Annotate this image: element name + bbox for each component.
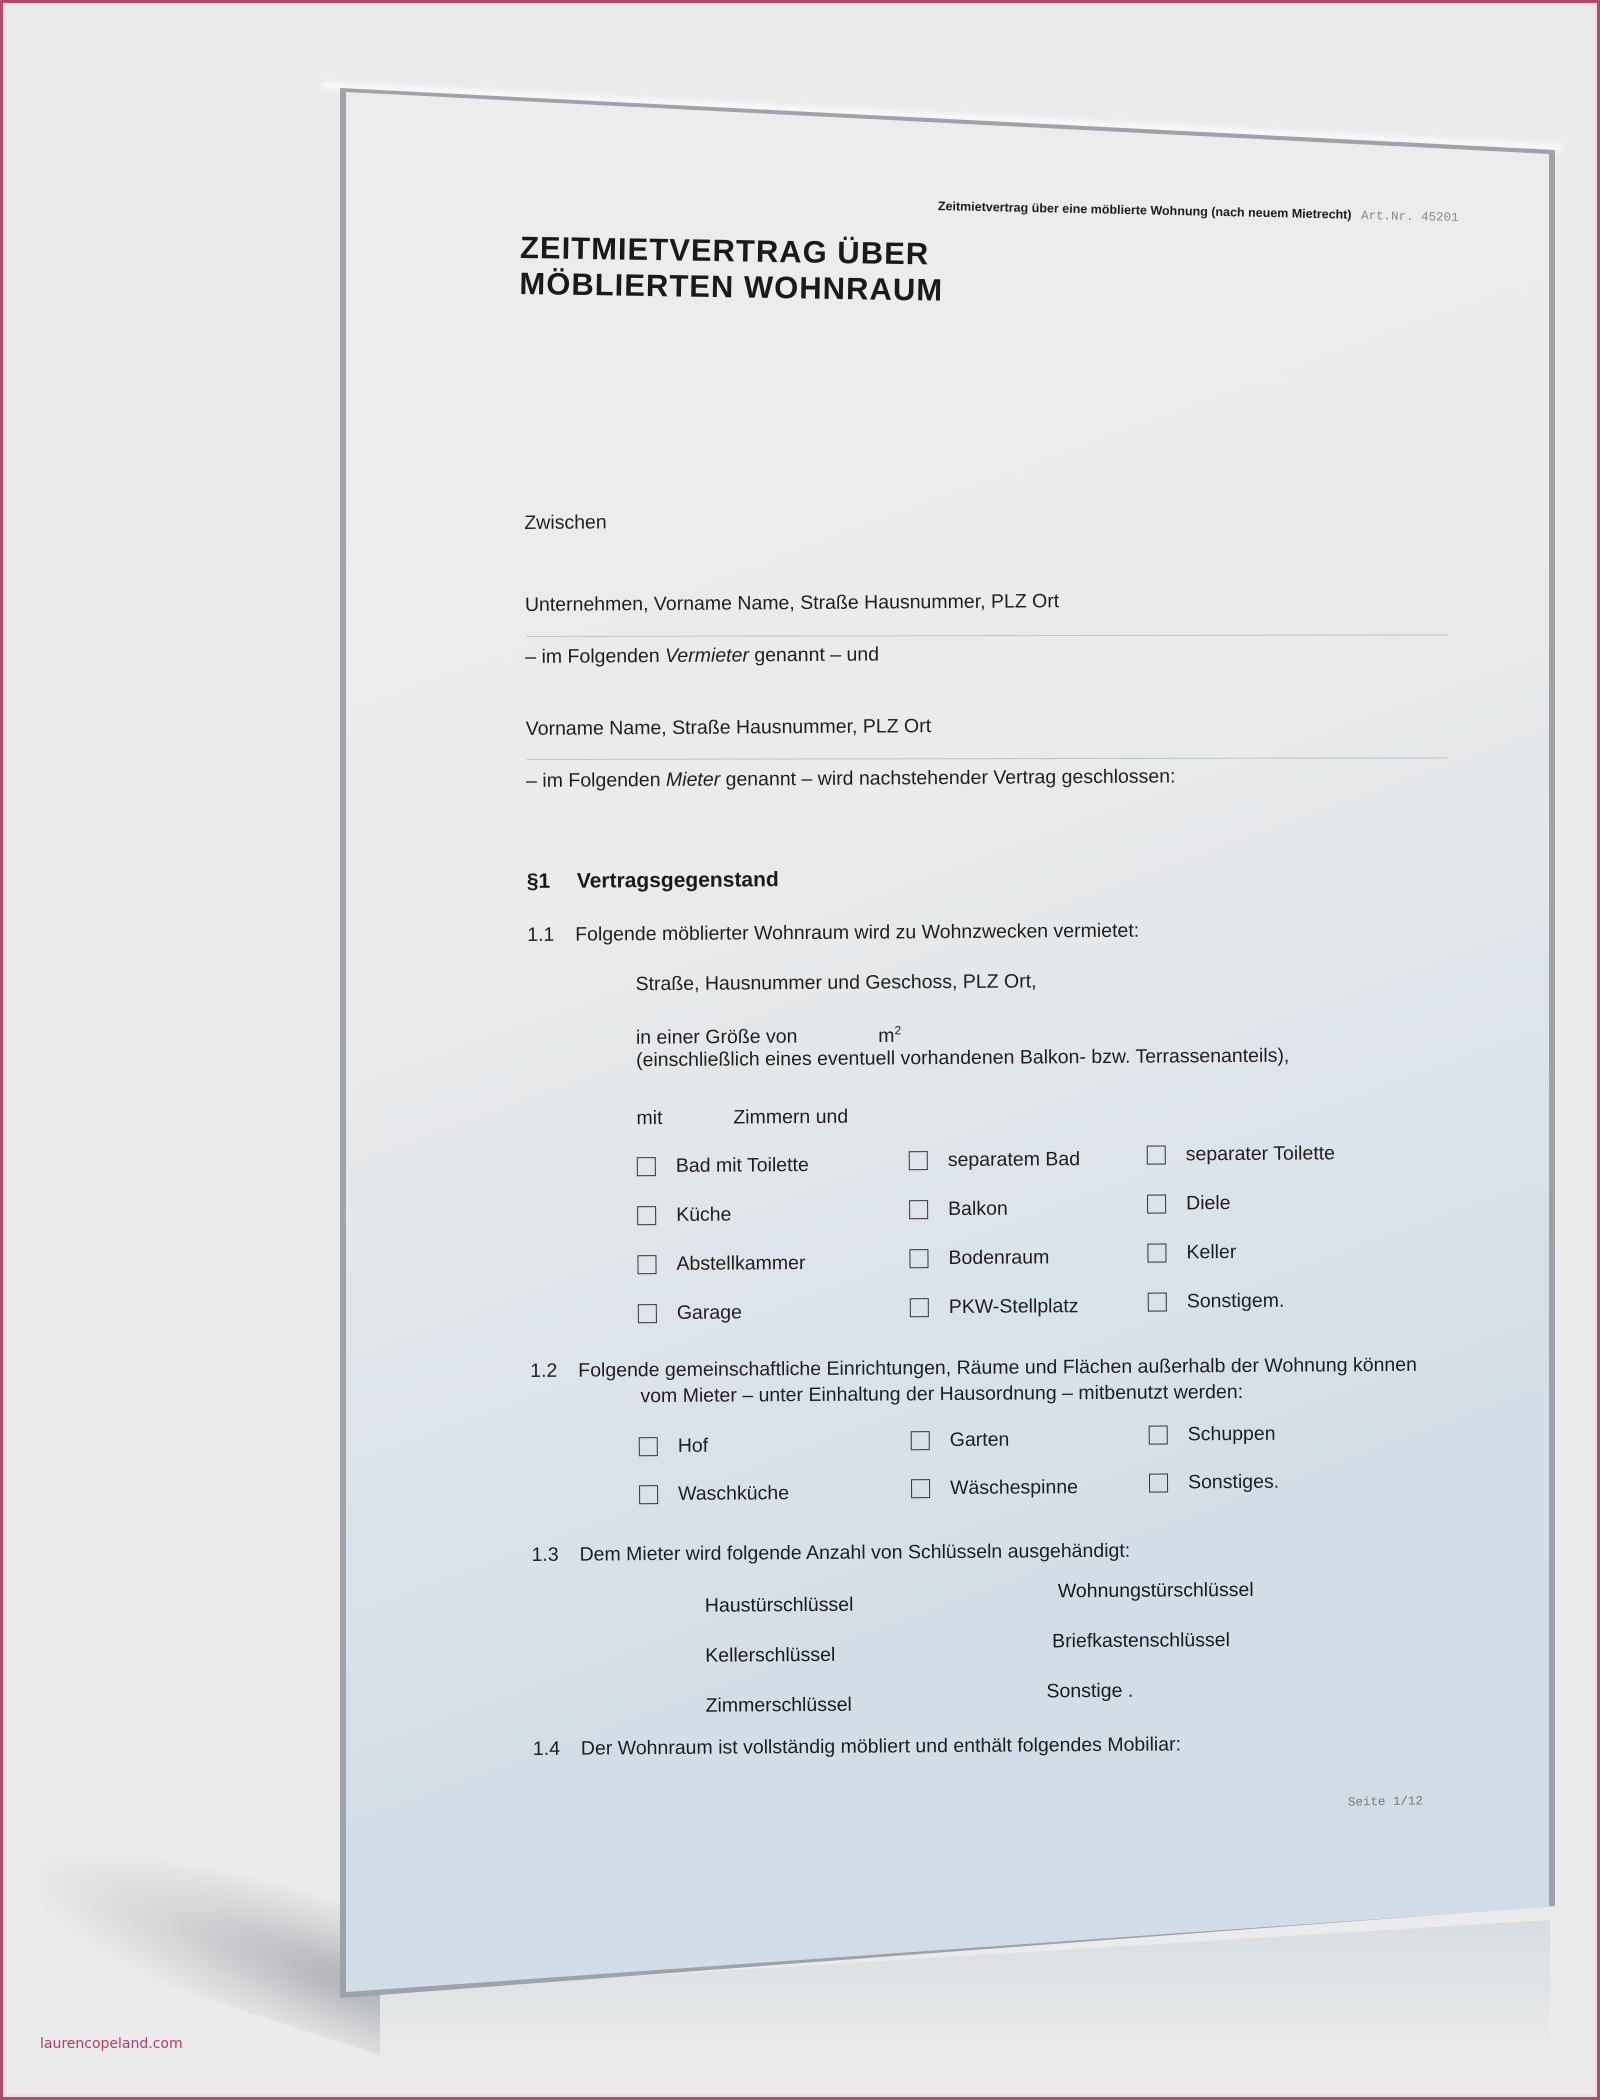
checkbox-label: PKW-Stellplatz [949,1295,1079,1319]
tenant-role-term: Mieter [666,769,720,791]
checkbox-item[interactable]: Abstellkammer [637,1252,805,1276]
rooms-line: mit Zimmern und [636,1106,848,1130]
checkbox[interactable] [910,1298,929,1317]
page-shadow [40,1805,380,2055]
document-title: ZEITMIETVERTRAG ÜBER MÖBLIERTEN WOHNRAUM [519,230,944,309]
checkbox-item[interactable]: Bad mit Toilette [637,1154,809,1178]
tenant-role-suffix: genannt – wird nachstehender Vertrag ges… [720,765,1175,790]
clause-text: Dem Mieter wird folgende Anzahl von Schl… [579,1540,1130,1566]
clause-number: 1.1 [527,924,575,947]
clause-text-line-1: Folgende gemeinschaftliche Einrichtungen… [578,1354,1417,1382]
checkbox-item[interactable]: Wäschespinne [911,1476,1078,1500]
checkbox[interactable] [911,1431,930,1450]
rooms-suffix: Zimmern und [733,1106,848,1129]
size-unit: m [878,1025,894,1047]
checkbox-item[interactable]: Keller [1147,1241,1236,1265]
clause-number: 1.4 [533,1738,581,1761]
checkbox-item[interactable]: Sonstiges. [1149,1471,1279,1495]
checkbox[interactable] [911,1479,930,1498]
checkbox[interactable] [1147,1146,1166,1165]
size-unit-sup: 2 [894,1023,901,1037]
tenant-role: – im Folgenden Mieter genannt – wird nac… [526,765,1175,793]
tenant-role-prefix: – im Folgenden [526,769,666,792]
checkbox-label: Hof [678,1435,709,1458]
checkbox-item[interactable]: Küche [637,1204,731,1228]
clause-1-1: 1.1Folgende möblierter Wohnraum wird zu … [527,920,1139,947]
page-indicator: Seite 1/12 [1348,1794,1423,1809]
apartment-address: Straße, Hausnummer und Geschoss, PLZ Ort… [635,970,1036,996]
landlord-role: – im Folgenden Vermieter genannt – und [525,644,879,669]
checkbox-label: Sonstiges. [1188,1471,1279,1495]
checkbox-item[interactable]: Balkon [909,1198,1008,1222]
article-number: Art.Nr. 45201 [1361,209,1459,225]
watermark: laurencopeland.com [40,2036,183,2052]
key-item: Haustürschlüssel [705,1594,854,1618]
checkbox[interactable] [639,1485,658,1504]
key-item: Wohnungstürschlüssel [1058,1579,1254,1603]
checkbox-label: Diele [1186,1192,1231,1215]
checkbox-label: Wäschespinne [950,1476,1078,1500]
checkbox[interactable] [909,1249,928,1268]
checkbox[interactable] [638,1304,657,1323]
checkbox-label: Küche [676,1204,731,1227]
key-item: Sonstige . [1046,1680,1133,1704]
checkbox-label: Garage [677,1301,742,1324]
clause-text: Folgende möblierter Wohnraum wird zu Woh… [575,920,1139,946]
key-item: Kellerschlüssel [705,1644,835,1668]
landlord-field: Unternehmen, Vorname Name, Straße Hausnu… [525,590,1059,617]
title-line-2: MÖBLIERTEN WOHNRAUM [519,266,943,309]
checkbox[interactable] [1147,1244,1166,1263]
checkbox[interactable] [1148,1293,1167,1312]
checkbox-item[interactable]: Sonstigem. [1148,1290,1285,1314]
checkbox-item[interactable]: Hof [639,1435,709,1458]
between-label: Zwischen [524,511,607,535]
checkbox[interactable] [1149,1474,1168,1493]
checkbox-item[interactable]: PKW-Stellplatz [910,1295,1079,1319]
checkbox-label: separater Toilette [1186,1142,1335,1166]
size-note: (einschließlich eines eventuell vorhande… [636,1045,1289,1073]
section-1-heading: §1Vertragsgegenstand [527,868,779,894]
checkbox-label: Keller [1186,1241,1236,1264]
checkbox-label: Bodenraum [948,1246,1049,1270]
checkbox-label: Bad mit Toilette [676,1154,809,1178]
clause-number: 1.2 [530,1360,578,1383]
landlord-role-prefix: – im Folgenden [525,645,665,668]
clause-1-4: 1.4Der Wohnraum ist vollständig möbliert… [533,1733,1181,1761]
key-item: Zimmerschlüssel [706,1694,852,1718]
checkbox-item[interactable]: separatem Bad [909,1148,1080,1172]
apartment-size: in einer Größe von m2 [636,1023,901,1049]
checkbox[interactable] [1147,1195,1166,1214]
checkbox-label: Waschküche [678,1482,789,1506]
checkbox-label: separatem Bad [948,1148,1080,1172]
checkbox-item[interactable]: Garage [638,1301,742,1325]
checkbox[interactable] [909,1200,928,1219]
checkbox-item[interactable]: Garten [911,1429,1010,1453]
checkbox[interactable] [637,1206,656,1225]
checkbox[interactable] [637,1255,656,1274]
checkbox[interactable] [637,1157,656,1176]
tenant-field: Vorname Name, Straße Hausnummer, PLZ Ort [526,715,931,741]
checkbox-item[interactable]: separater Toilette [1147,1142,1335,1166]
section-title: Vertragsgegenstand [577,868,779,892]
document-page [346,92,1549,1992]
checkbox-item[interactable]: Schuppen [1149,1423,1276,1447]
checkbox-label: Garten [950,1429,1010,1452]
checkbox-item[interactable]: Diele [1147,1192,1231,1216]
checkbox-label: Balkon [948,1198,1008,1221]
checkbox-label: Schuppen [1188,1423,1276,1447]
key-item: Briefkastenschlüssel [1052,1629,1230,1653]
checkbox-label: Sonstigem. [1187,1290,1285,1314]
rooms-prefix: mit [636,1107,662,1129]
section-number: §1 [527,870,577,894]
clause-1-2-line-2: vom Mieter – unter Einhaltung der Hausor… [640,1381,1243,1408]
clause-1-3: 1.3Dem Mieter wird folgende Anzahl von S… [531,1540,1130,1567]
checkbox[interactable] [639,1437,658,1456]
checkbox-item[interactable]: Waschküche [639,1482,789,1506]
checkbox[interactable] [909,1151,928,1170]
checkbox[interactable] [1149,1426,1168,1445]
size-prefix: in einer Größe von [636,1026,798,1049]
clause-text: Der Wohnraum ist vollständig möbliert un… [581,1733,1181,1759]
landlord-role-suffix: genannt – und [749,644,879,667]
clause-number: 1.3 [531,1544,579,1567]
checkbox-label: Abstellkammer [676,1252,805,1276]
landlord-role-term: Vermieter [665,644,749,667]
checkbox-item[interactable]: Bodenraum [909,1246,1049,1270]
